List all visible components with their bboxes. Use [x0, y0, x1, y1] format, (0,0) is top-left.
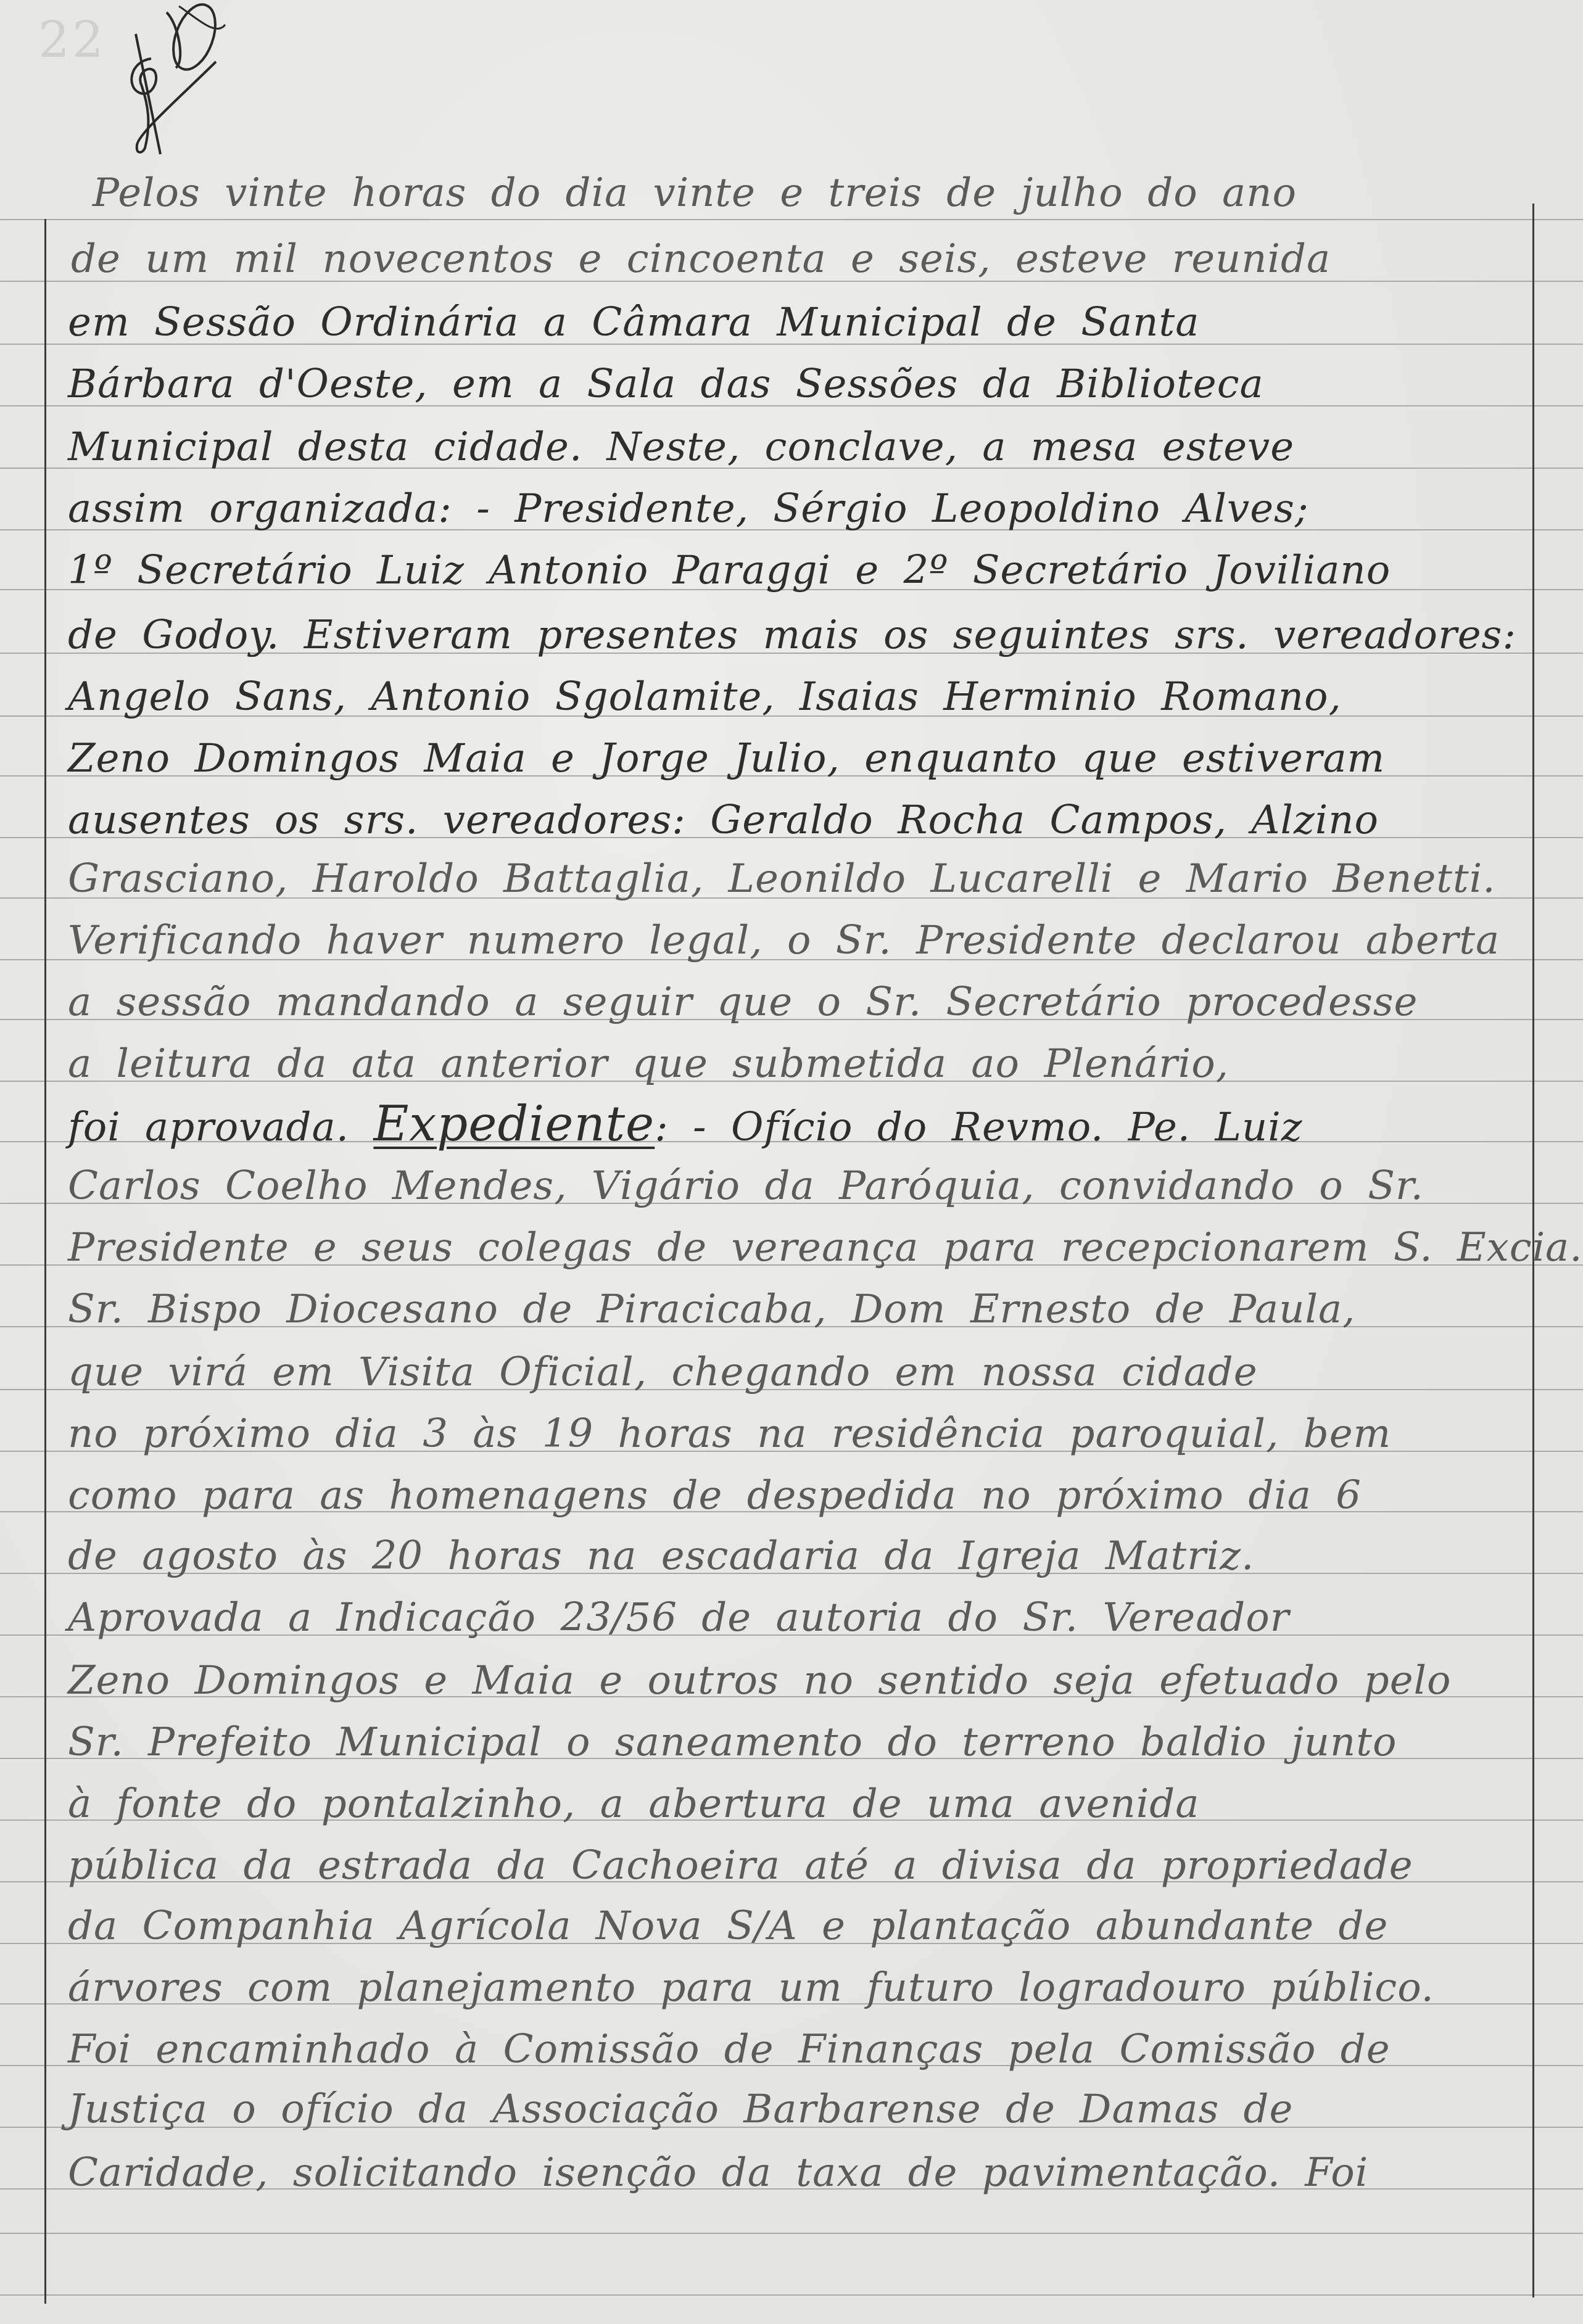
- text-line: Pelos vinte horas do dia vinte e treis d…: [93, 165, 1548, 221]
- text-line: Verificando haver numero legal, o Sr. Pr…: [68, 913, 1524, 968]
- text-line: de Godoy. Estiveram presentes mais os se…: [68, 608, 1524, 663]
- text-line: Presidente e seus colegas de vereança pa…: [68, 1220, 1524, 1275]
- text-segment: foi aprovada.: [68, 1105, 373, 1150]
- text-line: a leitura da ata anterior que submetida …: [68, 1036, 1524, 1092]
- text-line: Sr. Bispo Diocesano de Piracicaba, Dom E…: [68, 1282, 1524, 1337]
- text-line: Angelo Sans, Antonio Sgolamite, Isaias H…: [68, 669, 1524, 725]
- text-line: no próximo dia 3 às 19 horas na residênc…: [68, 1406, 1524, 1462]
- ruled-line: [0, 2294, 1583, 2296]
- text-line: Caridade, solicitando isenção da taxa de…: [68, 2145, 1524, 2201]
- text-line: Zeno Domingos e Maia e outros no sentido…: [68, 1653, 1524, 1708]
- ruled-line: [0, 2233, 1583, 2234]
- text-line: Zeno Domingos Maia e Jorge Julio, enquan…: [68, 731, 1524, 786]
- text-line: que virá em Visita Oficial, chegando em …: [68, 1345, 1524, 1400]
- text-line: Sr. Prefeito Municipal o saneamento do t…: [68, 1715, 1524, 1770]
- text-line: Grasciano, Haroldo Battaglia, Leonildo L…: [68, 851, 1524, 907]
- text-line-expediente: foi aprovada. Expediente: - Ofício do Re…: [68, 1097, 1524, 1152]
- text-line: da Companhia Agrícola Nova S/A e plantaç…: [68, 1898, 1524, 1954]
- text-segment: : - Ofício do Revmo. Pe. Luiz: [655, 1105, 1302, 1150]
- text-line: a sessão mandando a seguir que o Sr. Sec…: [68, 975, 1524, 1030]
- text-line: de agosto às 20 horas na escadaria da Ig…: [68, 1528, 1524, 1584]
- text-line: 1º Secretário Luiz Antonio Paraggi e 2º …: [68, 543, 1524, 598]
- text-line: como para as homenagens de despedida no …: [68, 1468, 1524, 1523]
- text-line: Foi encaminhado à Comissão de Finanças p…: [68, 2022, 1524, 2077]
- signature-rubric-icon: [93, 0, 228, 160]
- text-line: Aprovada a Indicação 23/56 de autoria do…: [68, 1590, 1524, 1646]
- manuscript-page: 22 Pelos vinte horas do dia vinte e trei…: [0, 0, 1583, 2324]
- text-line: de um mil novecentos e cincoenta e seis,…: [71, 231, 1527, 287]
- text-line: Bárbara d'Oeste, em a Sala das Sessões d…: [68, 356, 1524, 412]
- text-line: assim organizada: - Presidente, Sérgio L…: [68, 481, 1524, 537]
- text-line: pública da estrada da Cachoeira até a di…: [68, 1838, 1524, 1893]
- text-line: árvores com planejamento para um futuro …: [68, 1960, 1524, 2016]
- text-line: em Sessão Ordinária a Câmara Municipal d…: [68, 295, 1524, 350]
- text-line: à fonte do pontalzinho, a abertura de um…: [68, 1776, 1524, 1832]
- section-heading-expediente: Expediente: [373, 1097, 655, 1152]
- left-margin-line: [44, 219, 46, 2304]
- text-line: Municipal desta cidade. Neste, conclave,…: [68, 419, 1524, 475]
- text-line: ausentes os srs. vereadores: Geraldo Roc…: [68, 793, 1524, 848]
- text-line: Carlos Coelho Mendes, Vigário da Paróqui…: [68, 1158, 1524, 1214]
- text-line: Justiça o ofício da Associação Barbarens…: [68, 2082, 1524, 2137]
